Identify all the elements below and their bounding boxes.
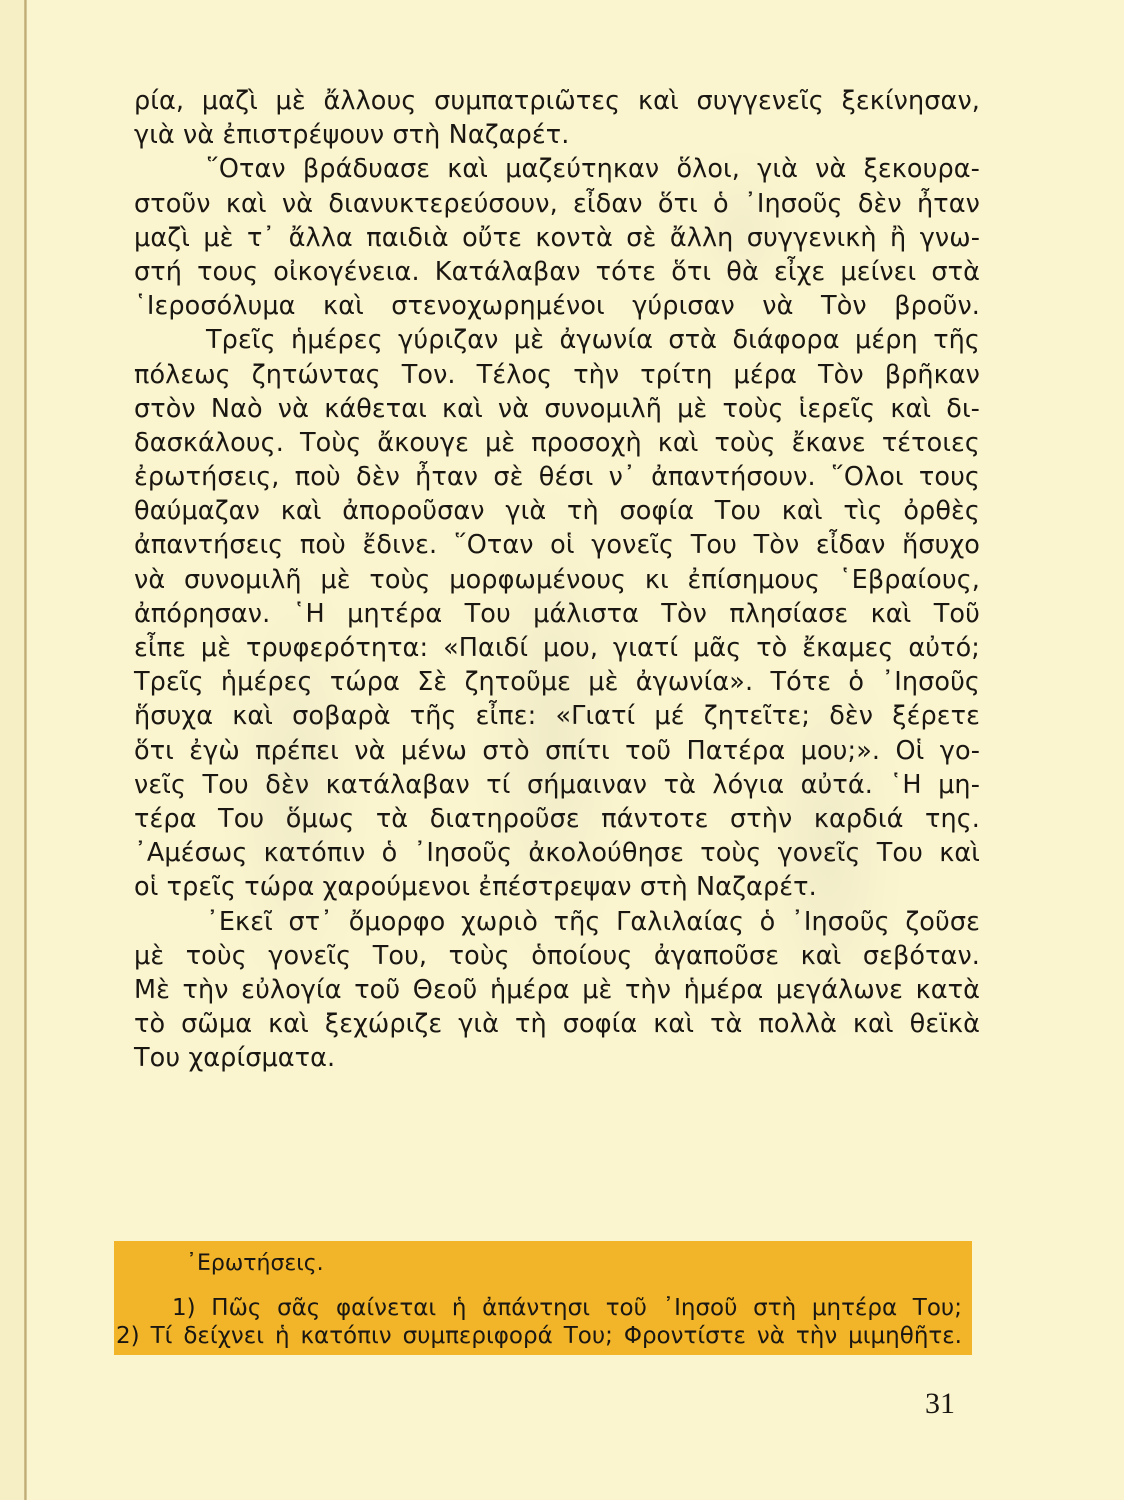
text-line: τὸ σῶμα καὶ ξεχώριζε γιὰ τὴ σοφία καὶ τὰ… [134, 1007, 980, 1041]
text-line: πόλεως ζητώντας Τον. Τέλος τὴν τρίτη μέρ… [134, 358, 980, 392]
text-line: εἶπε μὲ τρυφερότητα: «Παιδί μου, γιατί μ… [134, 631, 980, 665]
text-line: δασκάλους. Τοὺς ἄκουγε μὲ προσοχὴ καὶ το… [134, 426, 980, 460]
text-line: ἀπαντήσεις ποὺ ἔδινε. ῞Οταν οἱ γονεῖς Το… [134, 528, 980, 562]
text-line: μὲ τοὺς γονεῖς Του, τοὺς ὁποίους ἀγαποῦσ… [134, 939, 980, 973]
text-line: Τρεῖς ἡμέρες γύριζαν μὲ ἀγωνία στὰ διάφο… [134, 323, 980, 357]
text-line: ᾿Αμέσως κατόπιν ὁ ᾿Ιησοῦς ἀκολούθησε τοὺ… [134, 836, 980, 870]
text-line: γιὰ νὰ ἐπιστρέψουν στὴ Ναζαρέτ. [134, 118, 980, 152]
text-line: ρία, μαζὶ μὲ ἄλλους συμπατριῶτες καὶ συγ… [134, 84, 980, 118]
text-line: ὅτι ἐγὼ πρέπει νὰ μένω στὸ σπίτι τοῦ Πατ… [134, 734, 980, 768]
questions-title: ᾿Ερωτήσεις. [186, 1249, 324, 1279]
text-line: μαζὶ μὲ τ᾿ ἄλλα παιδιὰ οὔτε κοντὰ σὲ ἄλλ… [134, 221, 980, 255]
text-line: ἀπόρησαν. ῾Η μητέρα Του μάλιστα Τὸν πλησ… [134, 597, 980, 631]
question-2: 2) Τί δείχνει ἡ κατόπιν συμπεριφορά Του;… [116, 1321, 962, 1351]
text-line: νεῖς Του δὲν κατάλαβαν τί σήμαιναν τὰ λό… [134, 768, 980, 802]
text-line: τέρα Του ὅμως τὰ διατηροῦσε πάντοτε στὴν… [134, 802, 980, 836]
text-line: στή τους οἰκογένεια. Κατάλαβαν τότε ὅτι … [134, 255, 980, 289]
text-line: οἱ τρεῖς τώρα χαρούμενοι ἐπέστρεψαν στὴ … [134, 870, 980, 904]
text-line: νὰ συνομιλῆ μὲ τοὺς μορφωμένους κι ἐπίση… [134, 563, 980, 597]
text-line: ῞Οταν βράδυασε καὶ μαζεύτηκαν ὅλοι, γιὰ … [134, 152, 980, 186]
text-line: ἐρωτήσεις, ποὺ δὲν ἦταν σὲ θέσι ν᾿ ἀπαντ… [134, 460, 980, 494]
text-line: ἥσυχα καὶ σοβαρὰ τῆς εἶπε: «Γιατί μέ ζητ… [134, 699, 980, 733]
page-gutter [0, 0, 24, 1500]
text-line: ᾿Εκεῖ στ᾿ ὄμορφο χωριὸ τῆς Γαλιλαίας ὁ ᾿… [134, 905, 980, 939]
body-text: ρία, μαζὶ μὲ ἄλλους συμπατριῶτες καὶ συγ… [134, 84, 980, 1075]
text-line: στοῦν καὶ νὰ διανυκτερεύσουν, εἶδαν ὅτι … [134, 187, 980, 221]
page-number: 31 [925, 1386, 955, 1422]
text-line: Τρεῖς ἡμέρες τώρα Σὲ ζητοῦμε μὲ ἀγωνία».… [134, 665, 980, 699]
question-1: 1) Πῶς σᾶς φαίνεται ἡ ἀπάντησι τοῦ ᾿Ιησο… [172, 1293, 962, 1323]
text-line: θαύμαζαν καὶ ἀποροῦσαν γιὰ τὴ σοφία Του … [134, 494, 980, 528]
page-fold-line [24, 0, 27, 1500]
text-line: Του χαρίσματα. [134, 1041, 980, 1075]
text-line: Μὲ τὴν εὐλογία τοῦ Θεοῦ ἡμέρα μὲ τὴν ἡμέ… [134, 973, 980, 1007]
text-line: στὸν Ναὸ νὰ κάθεται καὶ νὰ συνομιλῆ μὲ τ… [134, 392, 980, 426]
questions-box: ᾿Ερωτήσεις. 1) Πῶς σᾶς φαίνεται ἡ ἀπάντη… [114, 1241, 972, 1355]
text-line: ῾Ιεροσόλυμα καὶ στενοχωρημένοι γύρισαν ν… [134, 289, 980, 323]
